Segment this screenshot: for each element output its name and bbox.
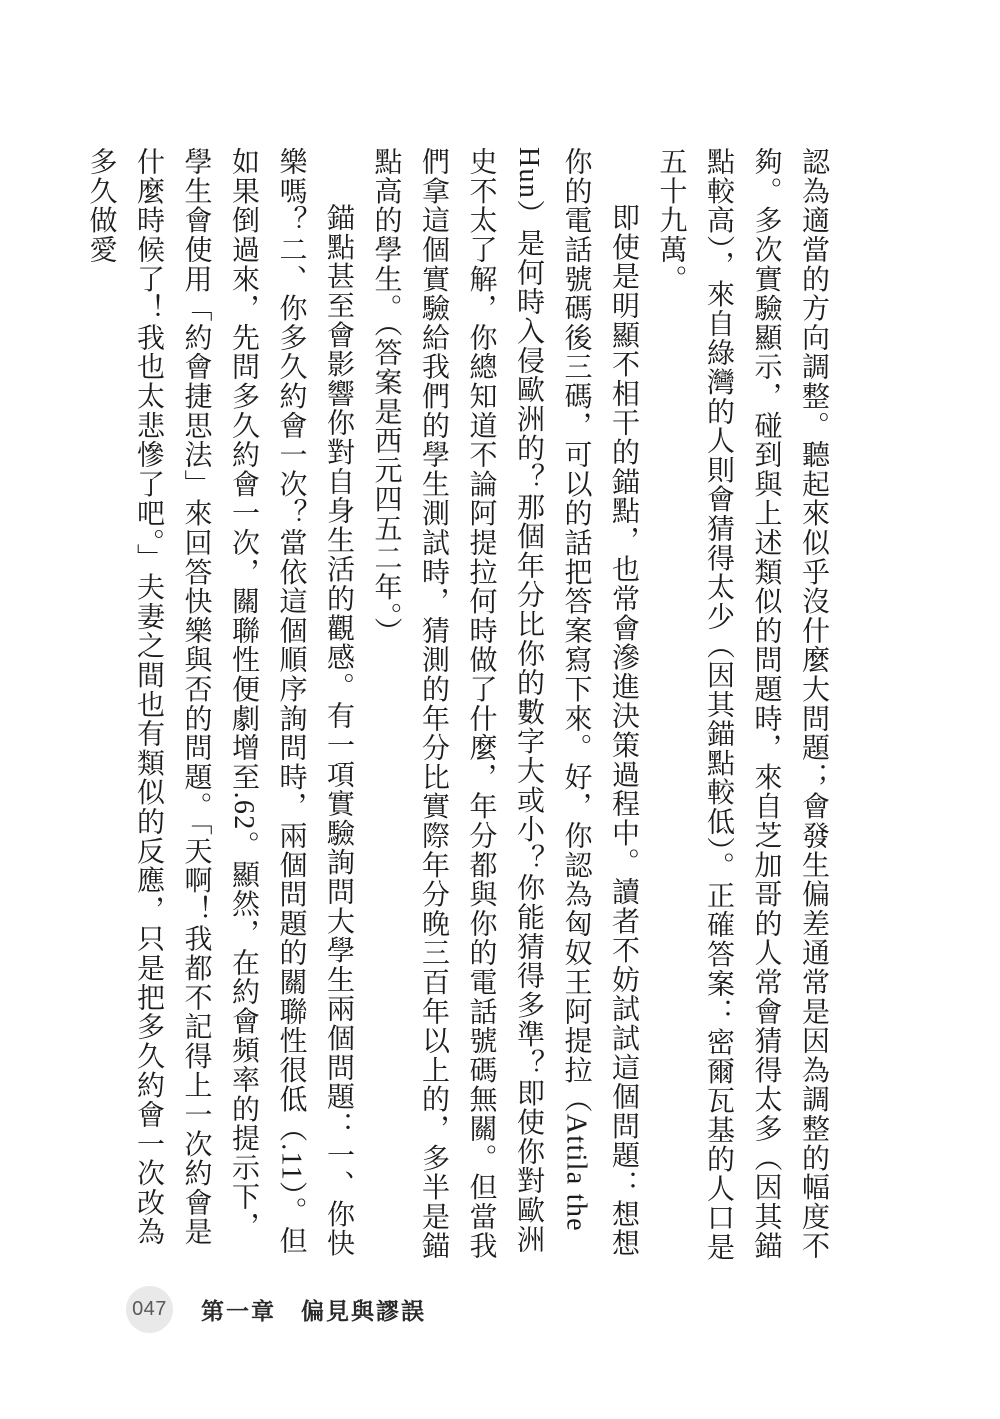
page-footer: 047 第一章 偏見與謬誤 (126, 1286, 426, 1333)
chapter-title: 第一章 偏見與謬誤 (201, 1293, 426, 1326)
body-paragraph: 錨點甚至會影響你對自身生活的觀感。有一項實驗詢問大學生兩個問題：一、你快樂嗎？二… (77, 147, 362, 1262)
page-number: 047 (132, 1298, 167, 1321)
body-paragraph: 即使是明顯不相干的錨點，也常會滲進決策過程中。讀者不妨試試這個問題：想想你的電話… (362, 147, 647, 1262)
book-page: 認為適當的方向調整。聽起來似乎沒什麼大問題；會發生偏差通常是因為調整的幅度不夠。… (0, 0, 1000, 1419)
page-number-badge: 047 (126, 1286, 173, 1333)
vertical-text-block: 認為適當的方向調整。聽起來似乎沒什麼大問題；會發生偏差通常是因為調整的幅度不夠。… (77, 147, 837, 1262)
body-paragraph: 認為適當的方向調整。聽起來似乎沒什麼大問題；會發生偏差通常是因為調整的幅度不夠。… (647, 147, 837, 1262)
